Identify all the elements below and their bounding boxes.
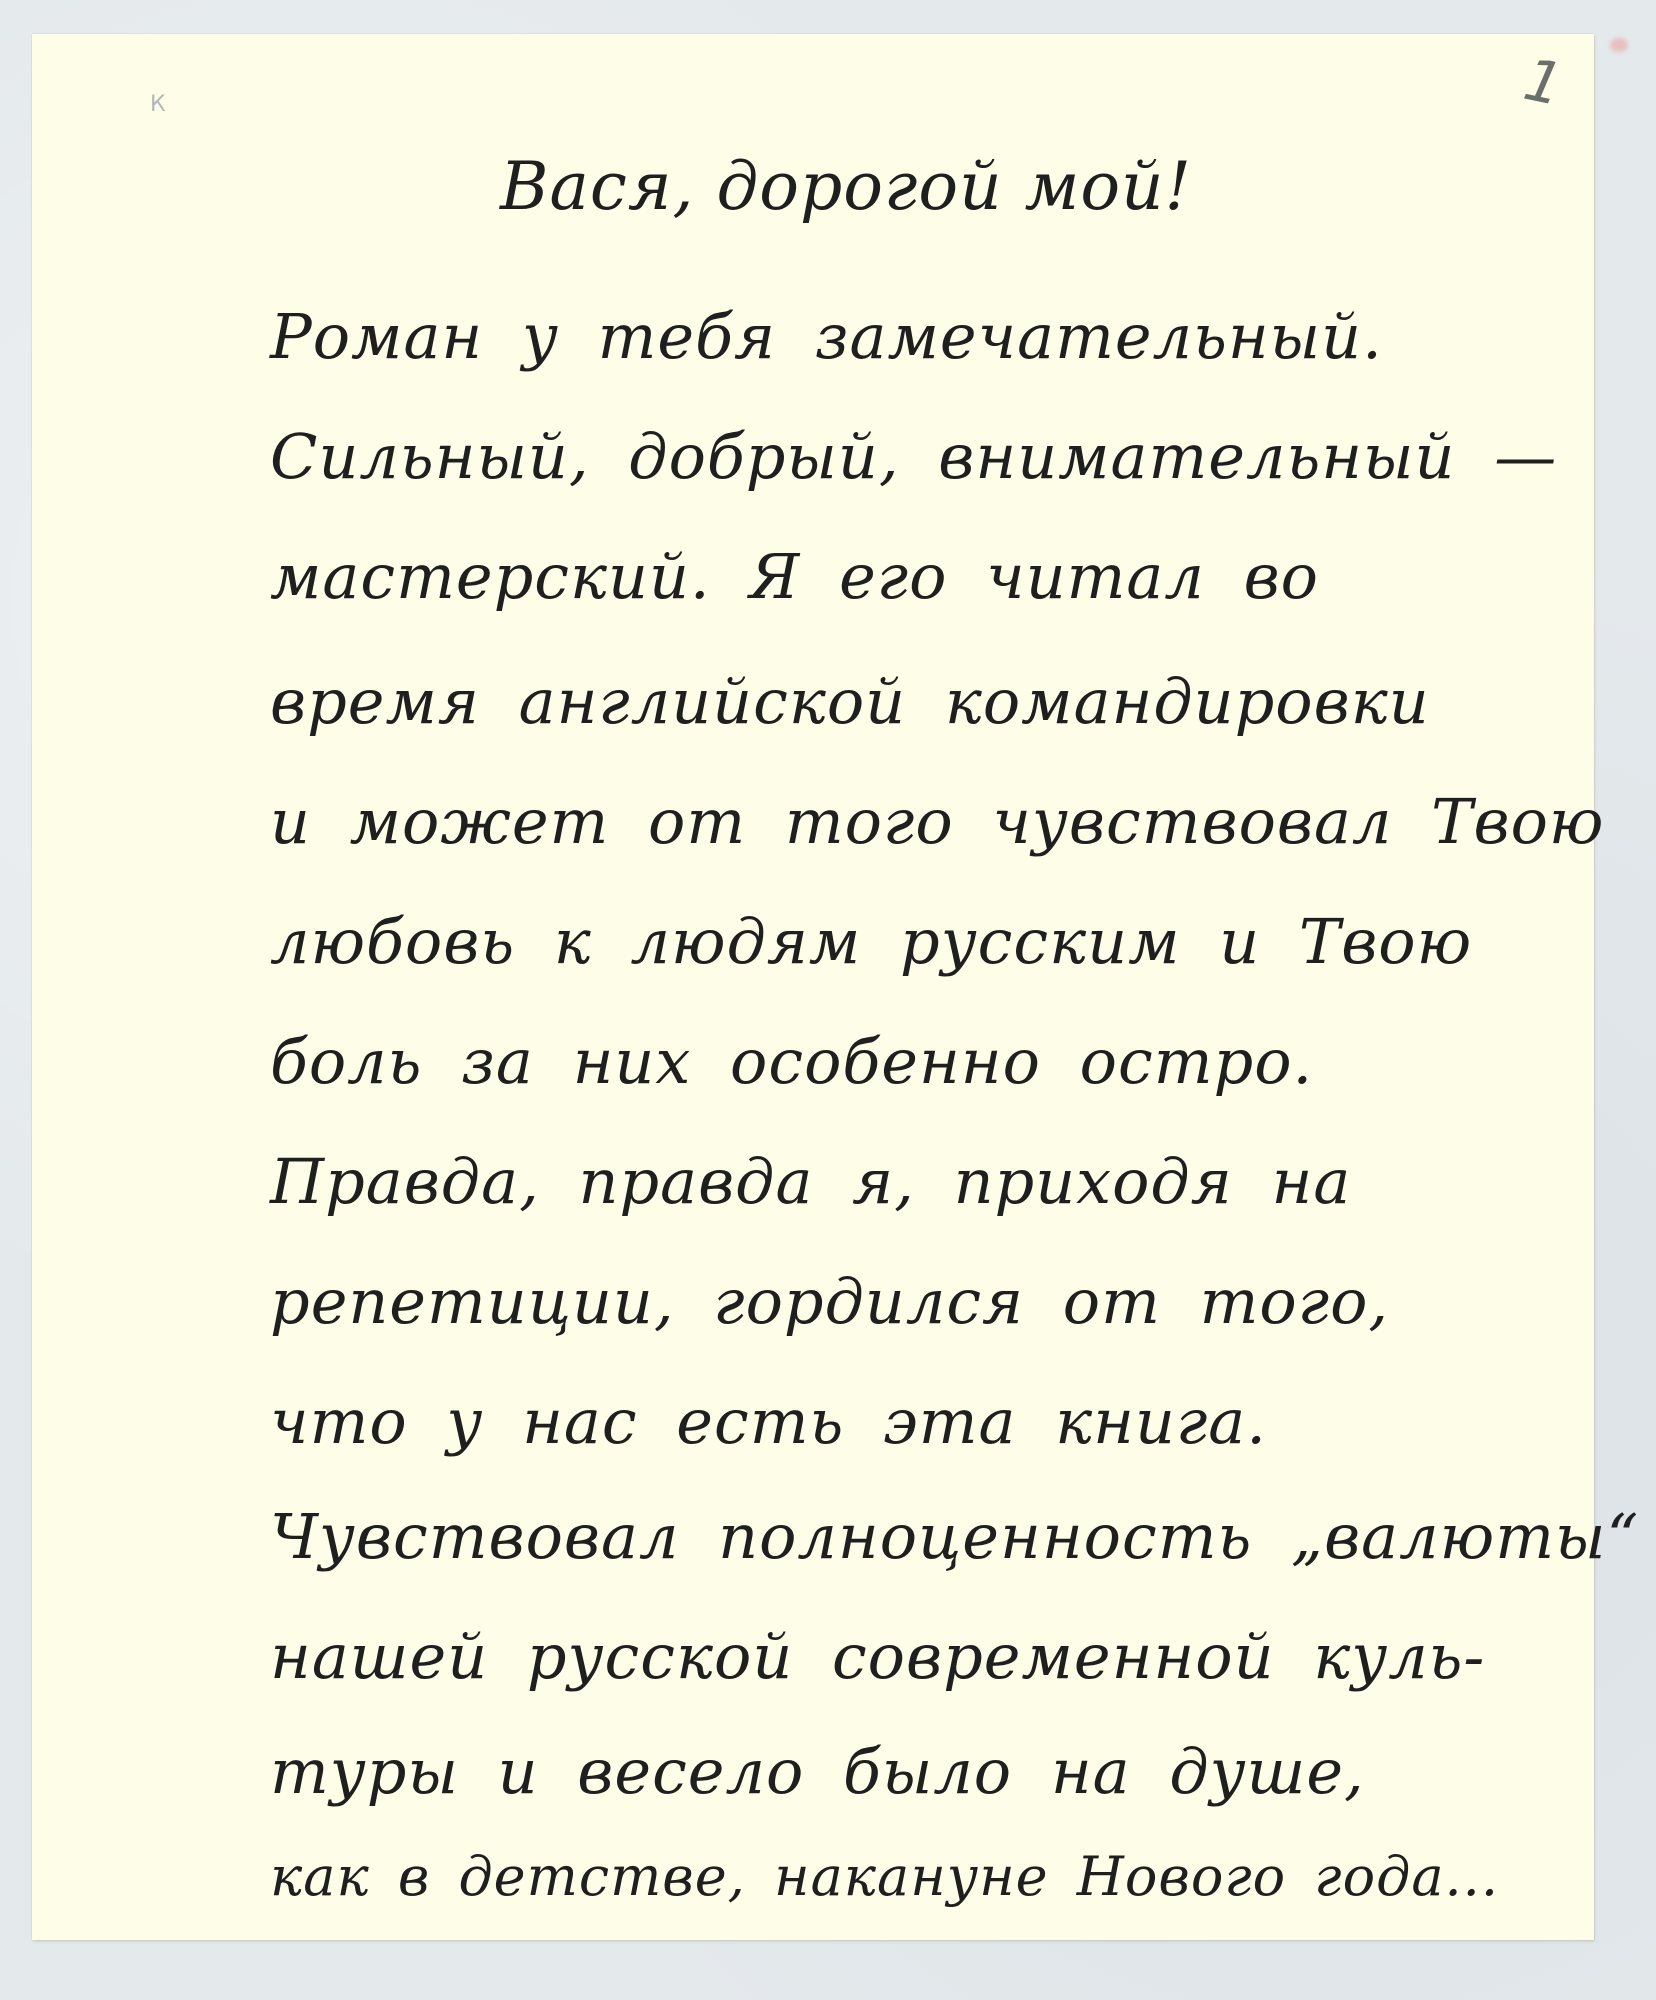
letter-line: любовь к людям русским и Твою	[270, 905, 1472, 978]
letter-line: время английской командировки	[270, 665, 1430, 738]
letter-line: Чувствовал полноценность „валюты“	[270, 1500, 1639, 1573]
letter-line: и может от того чувствовал Твою	[270, 785, 1604, 858]
letter-line: туры и весело было на душе,	[270, 1735, 1365, 1808]
letter-line: нашей русской современной куль-	[270, 1620, 1485, 1693]
letter-line: мастерский. Я его читал во	[270, 540, 1319, 613]
letter-line: Роман у тебя замечательный.	[270, 300, 1383, 373]
letter-line: что у нас есть эта книга.	[270, 1385, 1267, 1458]
letter-line: Правда, правда я, приходя на	[270, 1145, 1351, 1218]
letter-line: боль за них особенно остро.	[270, 1025, 1313, 1098]
red-stain-mark	[1610, 38, 1628, 52]
letter-line: Сильный, добрый, внимательный —	[270, 420, 1557, 493]
letter-salutation: Вася, дорогой мой!	[500, 148, 1192, 225]
stray-pencil-mark: К	[150, 92, 166, 117]
letter-line: как в детстве, накануне Нового года...	[270, 1845, 1499, 1908]
letter-line: репетиции, гордился от того,	[270, 1265, 1389, 1338]
